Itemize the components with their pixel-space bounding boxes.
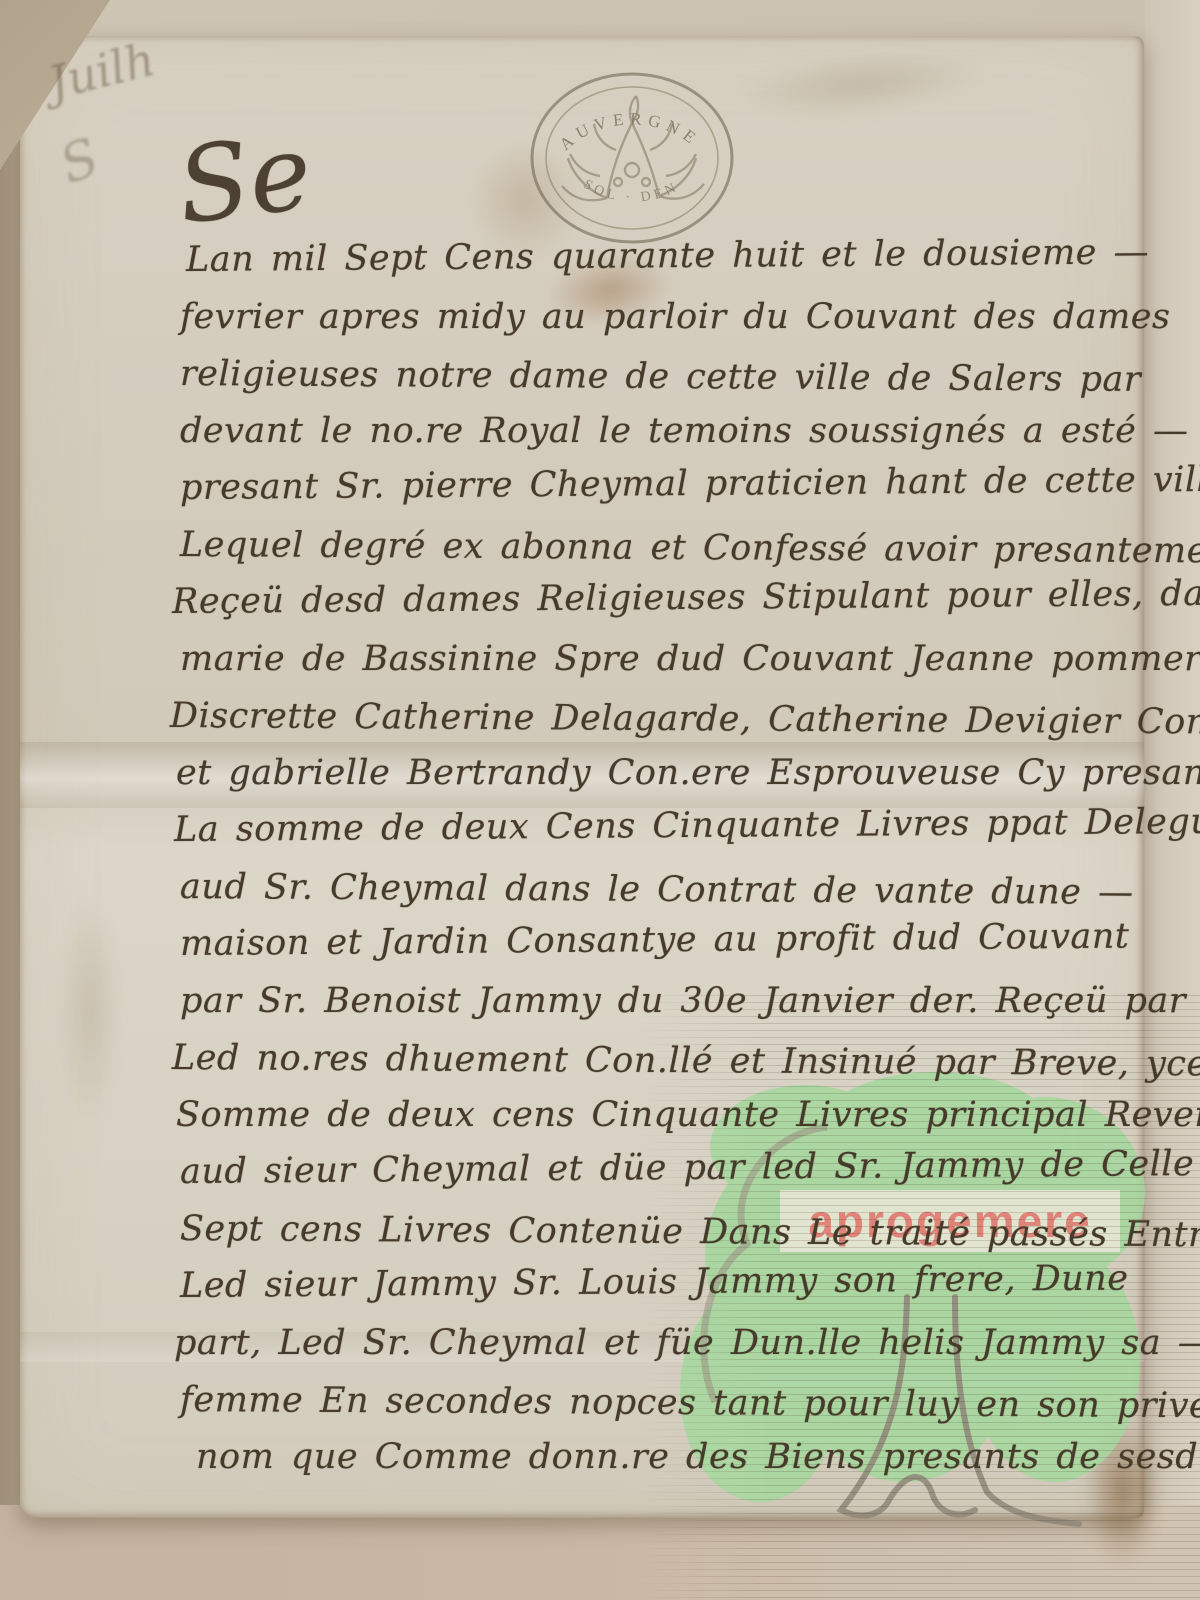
manuscript-line: Lan mil Sept Cens quarante huit et le do… — [186, 232, 1149, 280]
manuscript-photo: Juilh S AUVERGNE SOL · DEN Se — [0, 0, 1200, 1600]
manuscript-line: Somme de deux cens Cinquante Livres prin… — [176, 1095, 1200, 1135]
manuscript-line: marie de Bassinine Spre dud Couvant Jean… — [180, 639, 1200, 679]
manuscript-line: nom que Comme donn.re des Biens presants… — [196, 1437, 1198, 1477]
tax-stamp-seal: AUVERGNE SOL · DEN — [512, 58, 752, 258]
manuscript-line: par Sr. Benoist Jammy du 30e Janvier der… — [180, 981, 1186, 1021]
manuscript-line: maison et Jardin Consantye au profit dud… — [180, 917, 1130, 964]
opening-paraph: Se — [171, 110, 318, 247]
manuscript-line: fevrier apres midy au parloir du Couvant… — [180, 297, 1170, 337]
manuscript-line: et gabrielle Bertrandy Con.ere Esprouveu… — [176, 753, 1200, 793]
manuscript-line: Discrette Catherine Delagarde, Catherine… — [170, 696, 1200, 743]
manuscript-line: religieuses notre dame de cette ville de… — [180, 354, 1141, 400]
manuscript-line: aud Sr. Cheymal dans le Contrat de vante… — [180, 867, 1134, 913]
manuscript-line: Sept cens Livres Contenüe Dans Le traité… — [180, 1209, 1200, 1255]
manuscript-line: La somme de deux Cens Cinquante Livres p… — [174, 802, 1200, 850]
manuscript-line: femme En secondes nopces tant pour luy e… — [180, 1380, 1200, 1426]
manuscript-line: Lequel degré ex abonna et Confessé avoir… — [180, 525, 1200, 572]
manuscript-line: Reçeü desd dames Religieuses Stipulant p… — [172, 573, 1200, 622]
manuscript-line: Led no.res dhuement Con.llé et Insinué p… — [172, 1038, 1200, 1085]
manuscript-line: presant Sr. pierre Cheymal praticien han… — [180, 460, 1200, 508]
manuscript-line: Led sieur Jammy Sr. Louis Jammy son frer… — [180, 1259, 1129, 1306]
manuscript-line: part, Led Sr. Cheymal et füe Dun.lle hel… — [174, 1323, 1200, 1363]
manuscript-line: aud sieur Cheymal et düe par led Sr. Jam… — [180, 1143, 1200, 1192]
manuscript-line: devant le no.re Royal le temoins soussig… — [180, 411, 1189, 451]
